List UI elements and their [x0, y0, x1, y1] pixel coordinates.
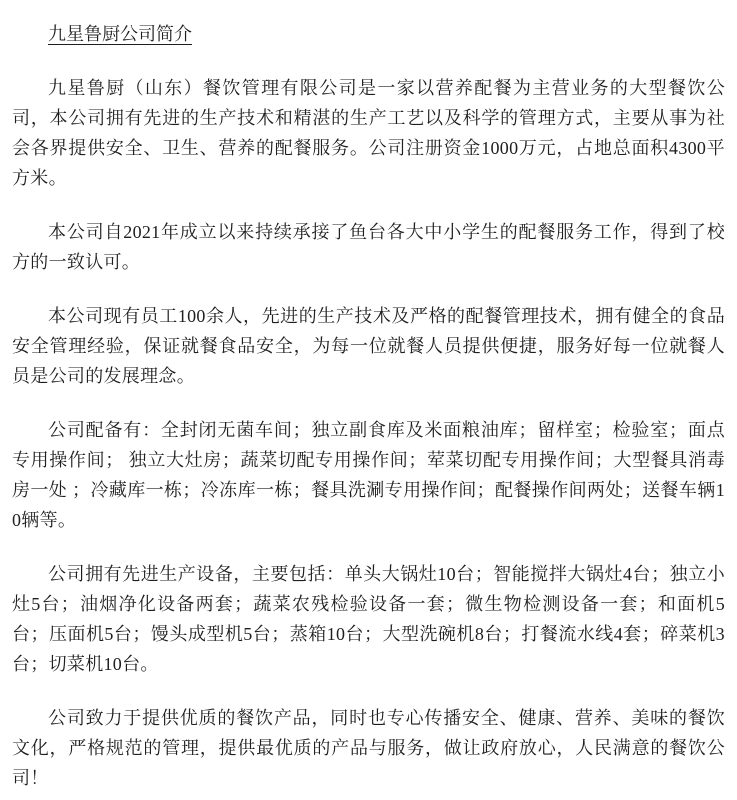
paragraph-company-overview: 九星鲁厨（山东）餐饮管理有限公司是一家以营养配餐为主营业务的大型餐饮公司，本公司… [12, 73, 725, 193]
paragraph-equipment-list: 公司拥有先进生产设备，主要包括：单头大锅灶10台；智能搅拌大锅灶4台；独立小灶5… [12, 559, 725, 679]
paragraph-mission-statement: 公司致力于提供优质的餐饮产品，同时也专心传播安全、健康、营养、美味的餐饮文化，严… [12, 703, 725, 793]
document-title: 九星鲁厨公司简介 [12, 19, 725, 49]
paragraph-history-2021: 本公司自2021年成立以来持续承接了鱼台各大中小学生的配餐服务工作，得到了校方的… [12, 217, 725, 277]
paragraph-facilities-list: 公司配备有：全封闭无菌车间；独立副食库及米面粮油库；留样室；检验室；面点专用操作… [12, 415, 725, 535]
document-page: 九星鲁厨公司简介 九星鲁厨（山东）餐饮管理有限公司是一家以营养配餐为主营业务的大… [0, 0, 737, 800]
document-title-text: 九星鲁厨公司简介 [48, 24, 192, 44]
paragraph-staff-philosophy: 本公司现有员工100余人，先进的生产技术及严格的配餐管理技术，拥有健全的食品安全… [12, 301, 725, 391]
